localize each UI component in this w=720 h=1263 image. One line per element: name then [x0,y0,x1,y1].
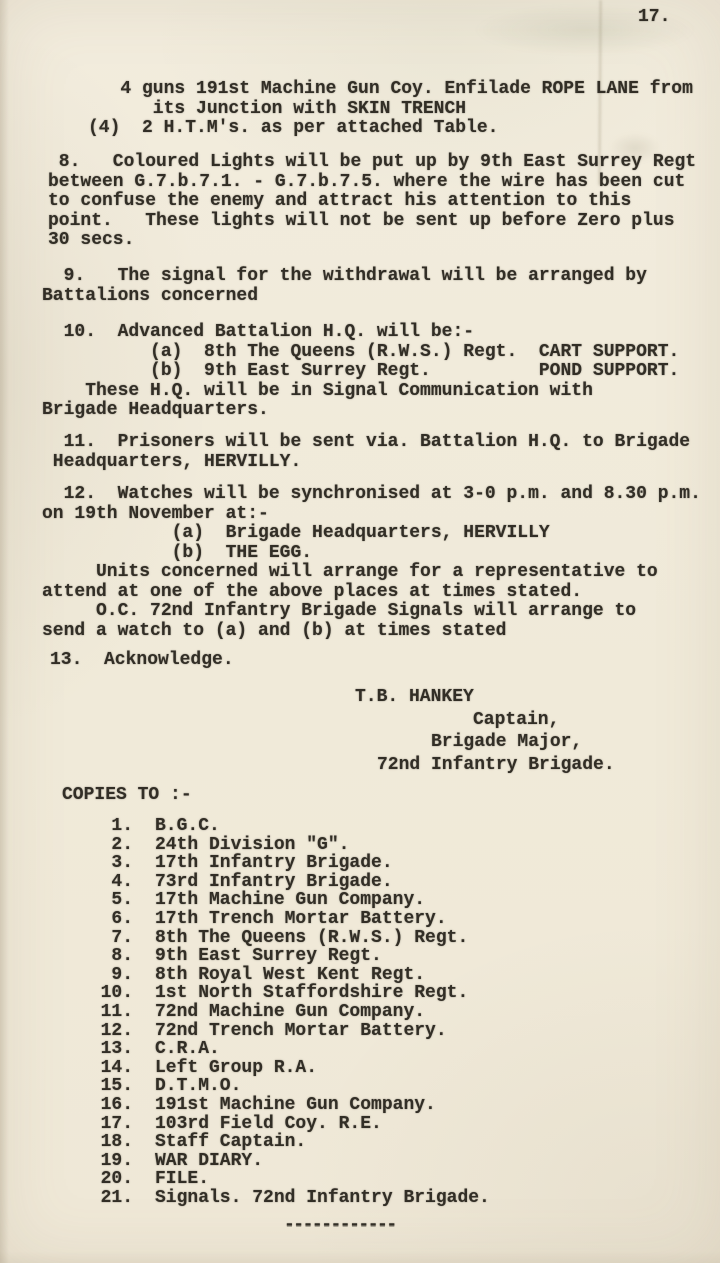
copies-list-item: 16.191st Machine Gun Company. [100,1096,490,1115]
copy-label: 9th East Surrey Regt. [155,947,382,966]
copy-number: 21. [100,1189,133,1208]
copies-list-item: 20.FILE. [100,1170,490,1189]
copies-list-item: 11.72nd Machine Gun Company. [100,1003,490,1022]
copies-list-item: 7.8th The Queens (R.W.S.) Regt. [100,929,490,948]
copies-list-item: 5.17th Machine Gun Company. [100,891,490,910]
copies-list-item: 18.Staff Captain. [100,1133,490,1152]
copy-label: 191st Machine Gun Company. [155,1096,436,1115]
copy-label: 17th Machine Gun Company. [155,891,425,910]
copy-number: 1. [100,817,133,836]
copies-list: 1.B.G.C. 2.24th Division "G". 3.17th Inf… [100,817,490,1207]
copy-number: 16. [100,1096,133,1115]
copy-number: 4. [100,873,133,892]
copy-number: 13. [100,1040,133,1059]
copy-label: B.G.C. [155,817,220,836]
paragraph-9-withdrawal-signal: 9. The signal for the withdrawal will be… [42,267,647,306]
copies-list-item: 10.1st North Staffordshire Regt. [100,984,490,1003]
paper-smudge [420,0,720,75]
copies-list-item: 12.72nd Trench Mortar Battery. [100,1022,490,1041]
copy-label: Signals. 72nd Infantry Brigade. [155,1189,490,1208]
signature-unit: 72nd Infantry Brigade. [377,756,615,776]
copies-list-item: 1.B.G.C. [100,817,490,836]
copies-list-item: 21.Signals. 72nd Infantry Brigade. [100,1189,490,1208]
copy-number: 12. [100,1022,133,1041]
copies-list-item: 9.8th Royal West Kent Regt. [100,966,490,985]
copy-number: 3. [100,854,133,873]
copy-number: 14. [100,1059,133,1078]
copy-label: Staff Captain. [155,1133,306,1152]
copies-list-item: 2.24th Division "G". [100,836,490,855]
copy-number: 6. [100,910,133,929]
copy-label: 73rd Infantry Brigade. [155,873,393,892]
copy-number: 5. [100,891,133,910]
signature-rank: Captain, [473,711,559,731]
paragraph-13-acknowledge: 13. Acknowledge. [50,651,234,671]
copies-list-item: 3.17th Infantry Brigade. [100,854,490,873]
copy-label: 8th The Queens (R.W.S.) Regt. [155,929,468,948]
copy-label: Left Group R.A. [155,1059,317,1078]
copy-number: 8. [100,947,133,966]
signature-name: T.B. HANKEY [355,688,474,708]
copy-label: 72nd Machine Gun Company. [155,1003,425,1022]
copy-number: 9. [100,966,133,985]
copies-list-item: 15.D.T.M.O. [100,1077,490,1096]
paragraph-8-coloured-lights: 8. Coloured Lights will be put up by 9th… [48,153,696,251]
copy-number: 18. [100,1133,133,1152]
copies-list-item: 14.Left Group R.A. [100,1059,490,1078]
copy-label: 72nd Trench Mortar Battery. [155,1022,447,1041]
copy-label: 17th Trench Mortar Battery. [155,910,447,929]
copy-label: 17th Infantry Brigade. [155,854,393,873]
copy-label: 103rd Field Coy. R.E. [155,1115,382,1134]
copy-label: D.T.M.O. [155,1077,241,1096]
copies-list-item: 19.WAR DIARY. [100,1152,490,1171]
document-page: 17. 4 guns 191st Machine Gun Coy. Enfila… [0,0,720,1263]
typed-divider-rule: ------------ [284,1216,396,1236]
copy-label: C.R.A. [155,1040,220,1059]
copy-number: 11. [100,1003,133,1022]
copy-label: 24th Division "G". [155,836,349,855]
copies-list-item: 8.9th East Surrey Regt. [100,947,490,966]
copy-number: 19. [100,1152,133,1171]
page-number: 17. [638,8,670,28]
copy-number: 2. [100,836,133,855]
copies-list-item: 13.C.R.A. [100,1040,490,1059]
copy-number: 17. [100,1115,133,1134]
copy-number: 20. [100,1170,133,1189]
copy-label: 1st North Staffordshire Regt. [155,984,468,1003]
copies-list-item: 17.103rd Field Coy. R.E. [100,1115,490,1134]
copy-number: 7. [100,929,133,948]
copy-number: 10. [100,984,133,1003]
copies-list-item: 6.17th Trench Mortar Battery. [100,910,490,929]
copies-to-heading: COPIES TO :- [62,786,192,806]
paragraph-12-watches: 12. Watches will be synchronised at 3-0 … [42,485,701,641]
copy-label: 8th Royal West Kent Regt. [155,966,425,985]
copy-label: FILE. [155,1170,209,1189]
copies-list-item: 4.73rd Infantry Brigade. [100,873,490,892]
signature-role: Brigade Major, [431,733,582,753]
copy-number: 15. [100,1077,133,1096]
copy-label: WAR DIARY. [155,1152,263,1171]
paragraph-10-advanced-hq: 10. Advanced Battalion H.Q. will be:- (a… [42,323,679,421]
paragraph-11-prisoners: 11. Prisoners will be sent via. Battalio… [42,433,690,472]
intro-continuation-block: 4 guns 191st Machine Gun Coy. Enfilade R… [88,80,693,139]
